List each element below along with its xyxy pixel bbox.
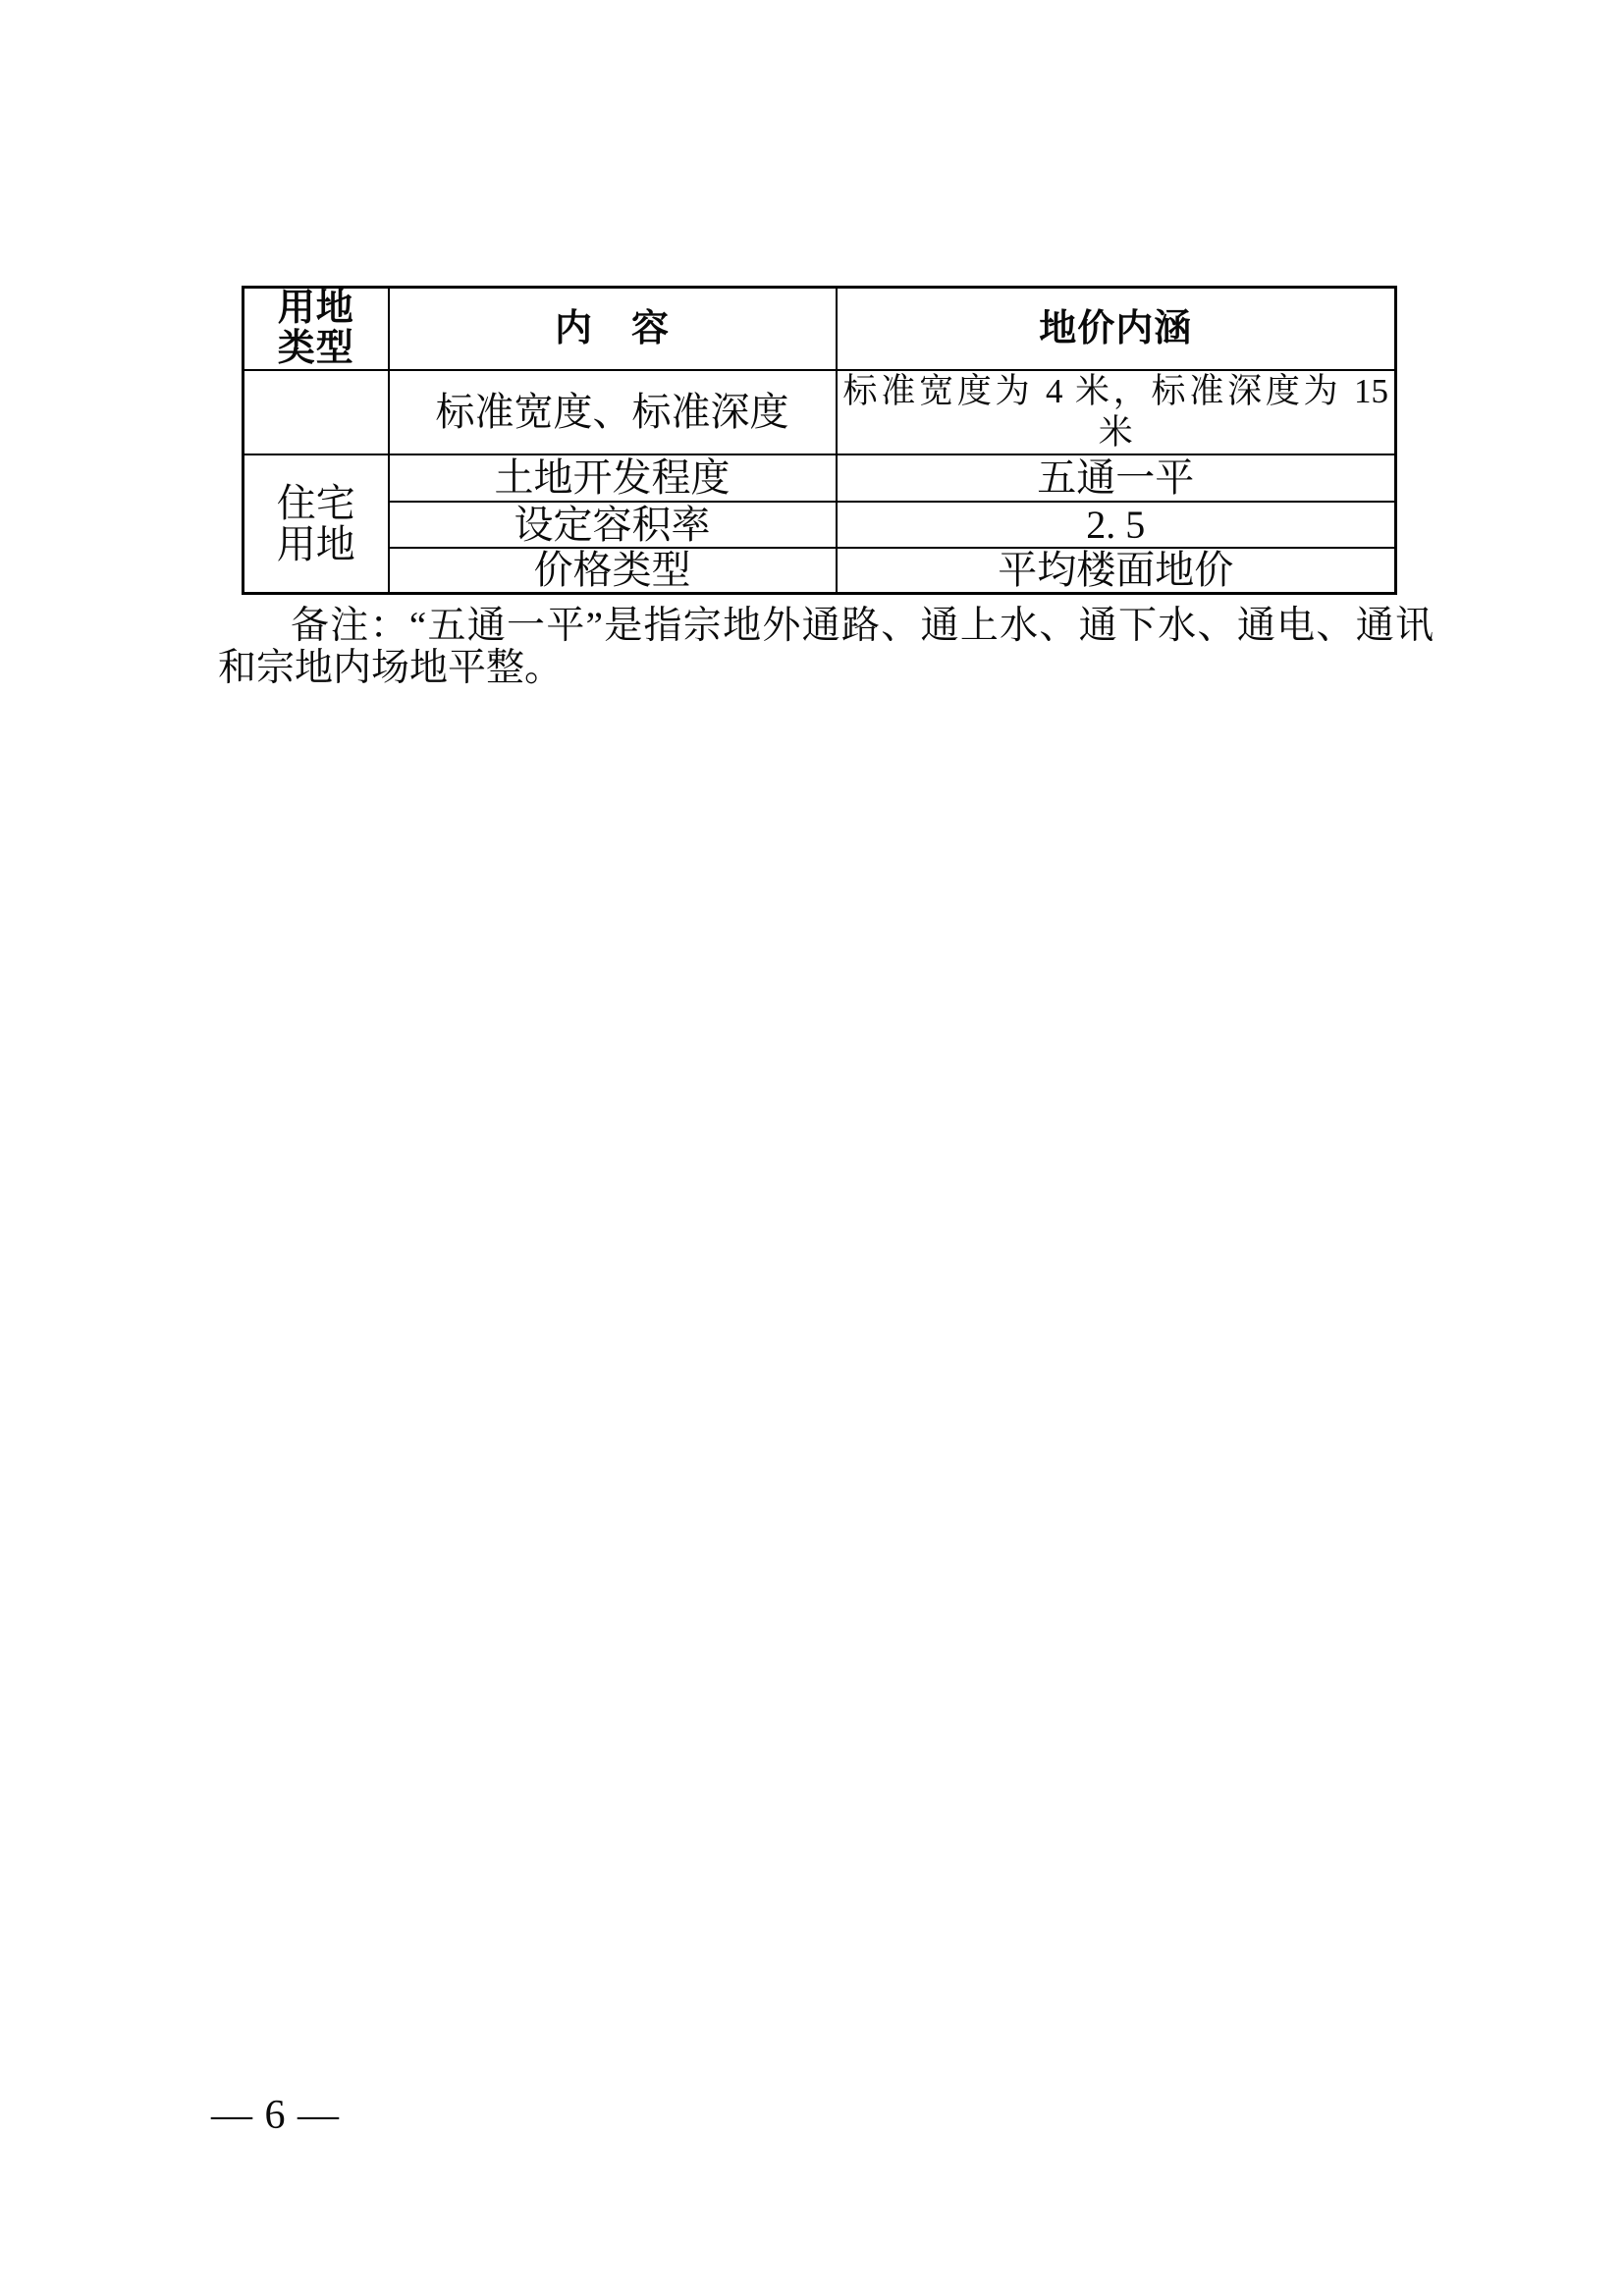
table-row-standard-dims: 标准宽度、标准深度 标准宽度为 4 米，标准深度为 15 米 [244, 370, 1396, 454]
value-cell-standard-dims: 标准宽度为 4 米，标准深度为 15 米 [837, 370, 1396, 454]
header-land-type-line2: 类型 [244, 329, 388, 369]
table-row-price-type: 价格类型 平均楼面地价 [244, 548, 1396, 594]
header-cell-price-meaning: 地价内涵 [837, 288, 1396, 371]
header-land-type-line1: 用地 [244, 289, 388, 329]
content-cell-development: 土地开发程度 [389, 454, 837, 502]
header-cell-content: 内 容 [389, 288, 837, 371]
page-number: — 6 — [211, 2094, 340, 2137]
row-group-line-1: 住宅 [244, 483, 388, 524]
value-line-2: 米 [838, 412, 1395, 454]
document-page: 用地 类型 内 容 地价内涵 标准宽度、标准深度 标准宽度为 4 米，标准深度为… [0, 0, 1624, 2296]
table-header-row: 用地 类型 内 容 地价内涵 [244, 288, 1396, 371]
land-price-table: 用地 类型 内 容 地价内涵 标准宽度、标准深度 标准宽度为 4 米，标准深度为… [242, 286, 1397, 595]
table-row-development: 住宅 用地 土地开发程度 五通一平 [244, 454, 1396, 502]
value-cell-development: 五通一平 [837, 454, 1396, 502]
category-cell-empty [244, 370, 389, 454]
table-row-plot-ratio: 设定容积率 2. 5 [244, 502, 1396, 548]
row-group-cell-residential: 住宅 用地 [244, 454, 389, 594]
content-cell-standard-dims: 标准宽度、标准深度 [389, 370, 837, 454]
content-cell-price-type: 价格类型 [389, 548, 837, 594]
note-paragraph: 备注：“五通一平”是指宗地外通路、通上水、通下水、通电、通讯 和宗地内场地平整。 [218, 605, 1434, 689]
note-line-2: 和宗地内场地平整。 [218, 647, 1434, 689]
value-line-1: 标准宽度为 4 米，标准深度为 15 [838, 371, 1395, 412]
note-line-1: 备注：“五通一平”是指宗地外通路、通上水、通下水、通电、通讯 [218, 605, 1434, 647]
value-cell-price-type: 平均楼面地价 [837, 548, 1396, 594]
content-cell-plot-ratio: 设定容积率 [389, 502, 837, 548]
header-cell-land-type: 用地 类型 [244, 288, 389, 371]
row-group-line-2: 用地 [244, 524, 388, 565]
value-cell-plot-ratio: 2. 5 [837, 502, 1396, 548]
